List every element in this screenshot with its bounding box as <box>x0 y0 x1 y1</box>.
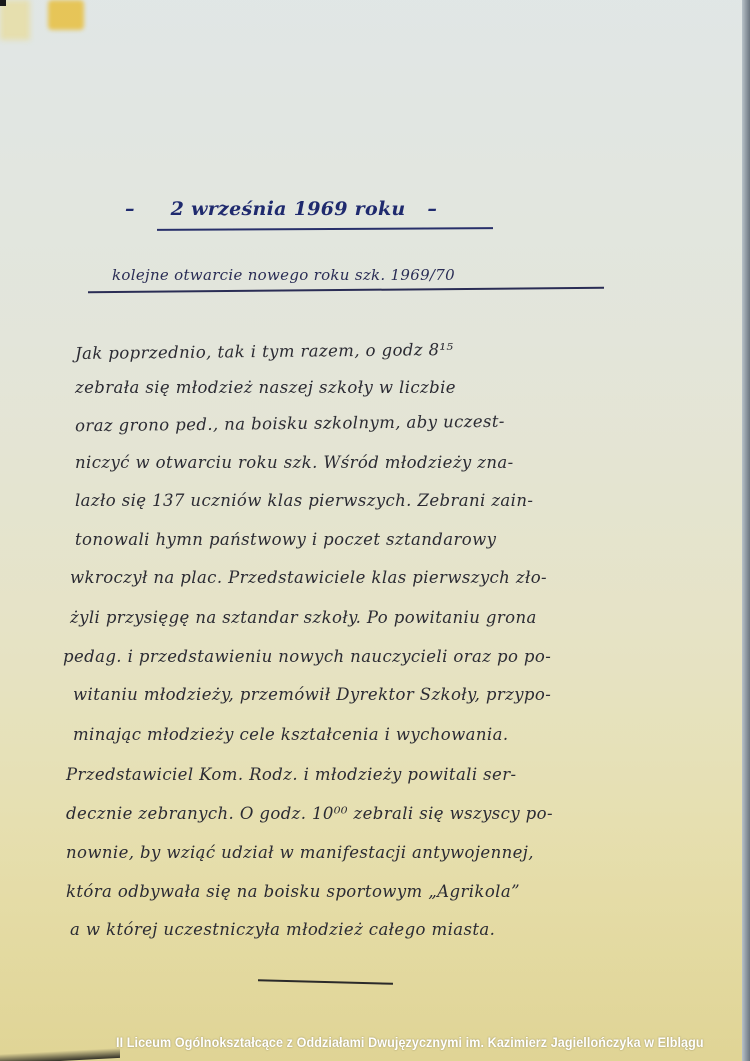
body-line: niczyć w otwarciu roku szk. Wśród młodzi… <box>75 453 514 472</box>
page-edge-shadow <box>742 0 750 1061</box>
heading-dash-right: – <box>427 198 437 220</box>
body-line: decznie zebranych. O godz. 10⁰⁰ zebrali … <box>66 804 553 823</box>
watermark-footer: II Liceum Ogólnokształcące z Oddziałami … <box>116 1035 704 1050</box>
body-line: a w której uczestniczyła młodzież całego… <box>70 920 495 939</box>
corner-mark <box>0 0 6 6</box>
body-line: witaniu młodzieży, przemówił Dyrektor Sz… <box>73 685 551 704</box>
body-line: wkroczył na plac. Przedstawiciele klas p… <box>70 568 547 587</box>
page-subheading: kolejne otwarcie nowego roku szk. 1969/7… <box>112 266 455 284</box>
heading-text: 2 września 1969 roku <box>171 198 406 220</box>
page-heading: – 2 września 1969 roku – <box>125 198 437 220</box>
heading-dash-left: – <box>125 198 135 220</box>
body-line: Przedstawiciel Kom. Rodz. i młodzieży po… <box>66 765 516 784</box>
body-line: która odbywała się na boisku sportowym „… <box>66 882 520 901</box>
body-line: lazło się 137 uczniów klas pierwszych. Z… <box>75 491 533 510</box>
body-line: nownie, by wziąć udział w manifestacji a… <box>66 843 534 862</box>
body-line: zebrała się młodzież naszej szkoły w lic… <box>75 378 456 397</box>
tape-residue <box>0 0 30 40</box>
body-line: Jak poprzednio, tak i tym razem, o godz … <box>75 340 454 363</box>
body-line: tonowali hymn państwowy i poczet sztanda… <box>75 530 496 549</box>
body-line: pedag. i przedstawieniu nowych nauczycie… <box>63 647 551 666</box>
body-line: minając młodzieży cele kształcenia i wyc… <box>73 725 509 744</box>
body-line: żyli przysięgę na sztandar szkoły. Po po… <box>70 608 537 627</box>
yellow-tape <box>48 0 84 30</box>
